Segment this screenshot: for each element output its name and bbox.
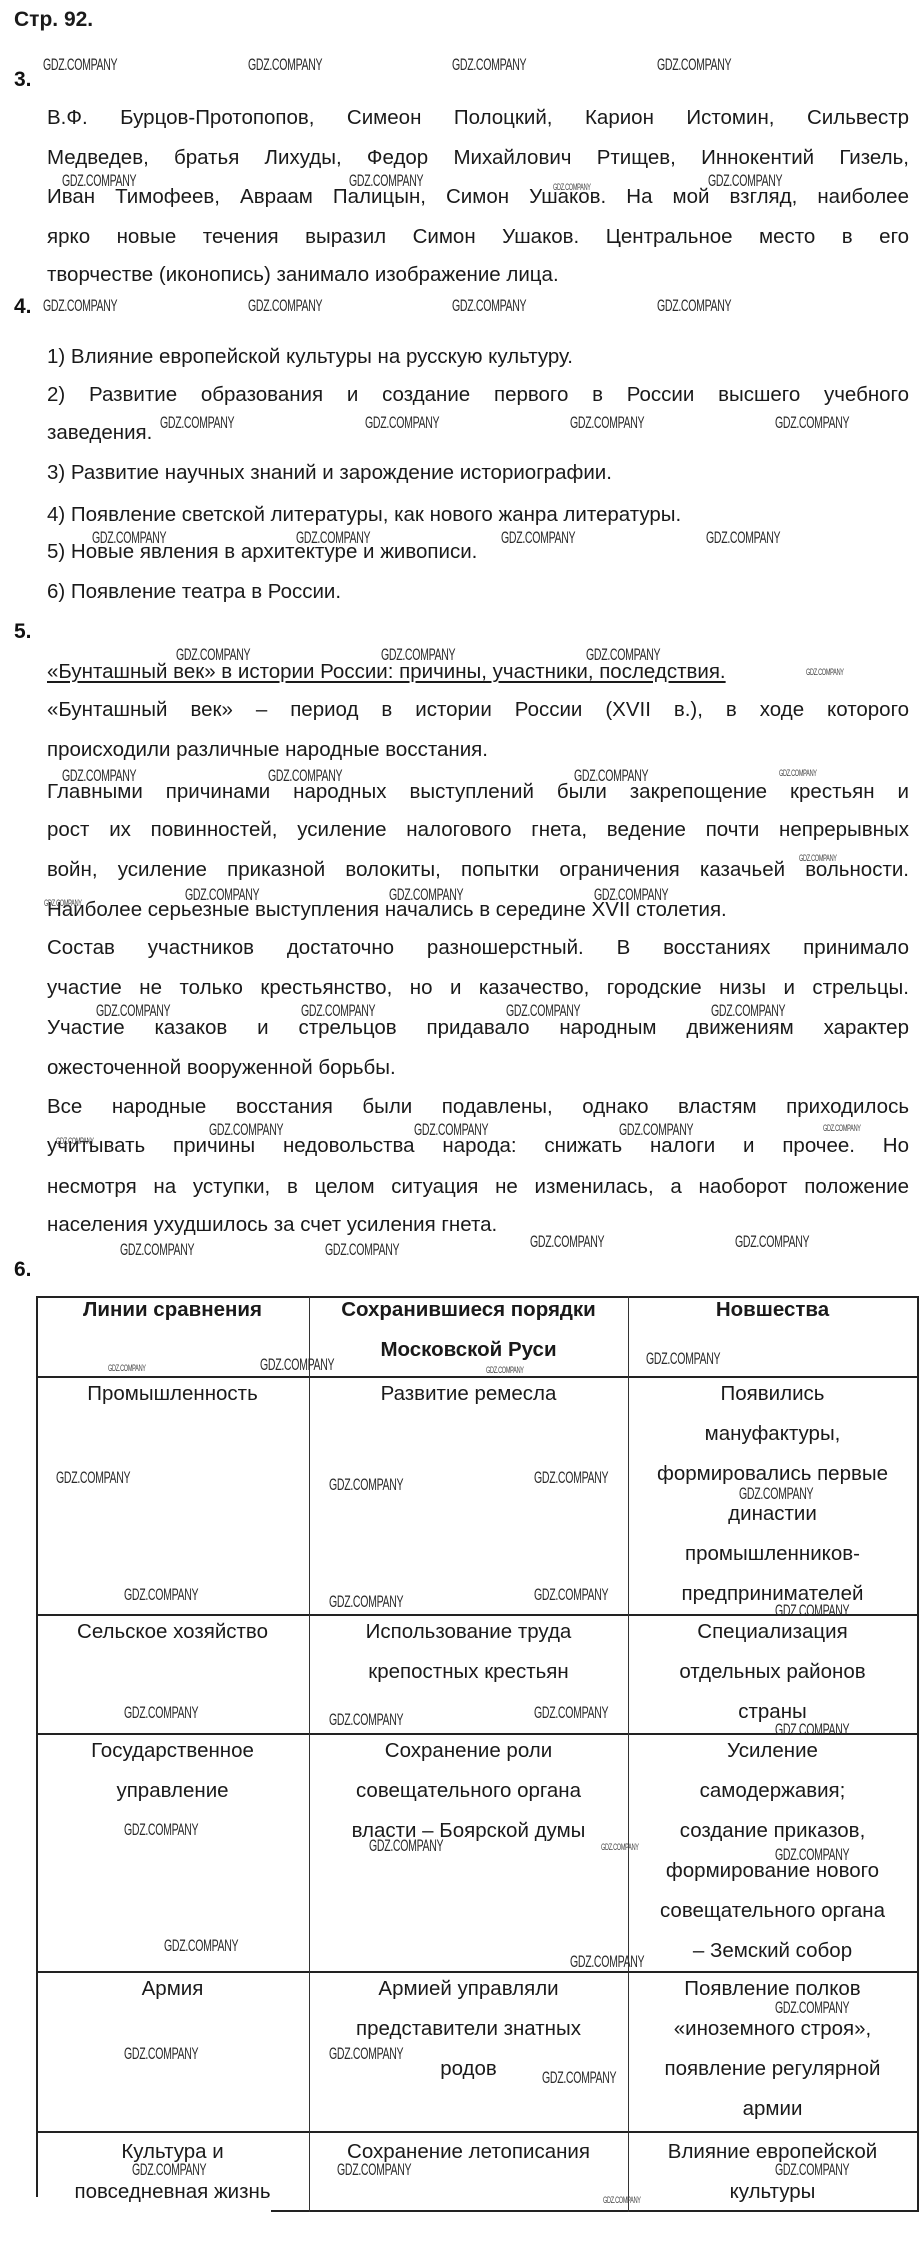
- text-line: населения ухудшилось за счет усиления гн…: [47, 1213, 909, 1237]
- cell-kept: Армией управляли представители знатных р…: [309, 1969, 628, 2089]
- list-item: 2) Развитие образования и создание перво…: [47, 383, 909, 407]
- cell-new: Усиление самодержавия; создание приказов…: [628, 1731, 917, 1971]
- cell-kept: Сохранение летописания: [309, 2132, 628, 2172]
- cell-kept: Использование труда крепостных крестьян: [309, 1612, 628, 1692]
- cell-new: Влияние европейской культуры: [628, 2132, 917, 2212]
- cell-new: Появление полков «иноземного строя», поя…: [628, 1969, 917, 2129]
- list-item: 3) Развитие научных знаний и зарождение …: [47, 461, 909, 485]
- text-line: участие не только крестьянство, но и каз…: [47, 976, 909, 1000]
- section-6-number: 6.: [14, 1258, 32, 1282]
- watermark: GDZ.COMPANY: [43, 296, 117, 316]
- watermark: GDZ.COMPANY: [657, 55, 731, 75]
- list-item-continuation: заведения.: [47, 421, 909, 445]
- cell-kept: Развитие ремесла: [309, 1374, 628, 1414]
- list-item: 5) Новые явления в архитектуре и живопис…: [47, 540, 909, 564]
- list-item: 1) Влияние европейской культуры на русск…: [47, 345, 909, 369]
- watermark: GDZ.COMPANY: [452, 55, 526, 75]
- page-label: Стр. 92.: [14, 8, 93, 32]
- section-5-title: «Бунташный век» в истории России: причин…: [47, 660, 909, 684]
- watermark: GDZ.COMPANY: [452, 296, 526, 316]
- text-line: В.Ф. Бурцов-Протопопов, Симеон Полоцкий,…: [47, 106, 909, 130]
- watermark: GDZ.COMPANY: [248, 55, 322, 75]
- text-line: Наиболее серьезные выступления начались …: [47, 898, 909, 922]
- list-item: 4) Появление светской литературы, как но…: [47, 503, 909, 527]
- comparison-table: Линии сравнения Сохранившиеся порядки Мо…: [36, 1296, 919, 2212]
- text-line: Медведев, братья Лихуды, Федор Михайлови…: [47, 146, 909, 170]
- text-line: Главными причинами народных выступлений …: [47, 780, 909, 804]
- text-line: «Бунташный век» – период в истории Росси…: [47, 698, 909, 722]
- watermark: GDZ.COMPANY: [248, 296, 322, 316]
- text-line: ярко новые течения выразил Симон Ушаков.…: [47, 225, 909, 249]
- column-header-new: Новшества: [628, 1290, 917, 1330]
- cell-line: Государственное управление: [36, 1731, 309, 1811]
- text-line: Иван Тимофеев, Авраам Палицын, Симон Уша…: [47, 185, 909, 209]
- watermark: GDZ.COMPANY: [325, 1240, 399, 1260]
- text-line: войн, усиление приказной волокиты, попыт…: [47, 858, 909, 882]
- text-line: происходили различные народные восстания…: [47, 738, 909, 762]
- text-line: Состав участников достаточно разношерстн…: [47, 936, 909, 960]
- column-header-kept: Сохранившиеся порядки Московской Руси: [309, 1290, 628, 1370]
- cell-line: Сельское хозяйство: [36, 1612, 309, 1652]
- section-5-title-text: «Бунташный век» в истории России: причин…: [47, 660, 726, 683]
- cell-line: Культура и повседневная жизнь: [36, 2132, 309, 2212]
- section-4-number: 4.: [14, 295, 32, 319]
- table-border: [917, 1296, 919, 2212]
- text-line: рост их повинностей, усиление налогового…: [47, 818, 909, 842]
- text-line: учитывать причины недовольства народа: с…: [47, 1134, 909, 1158]
- list-item: 6) Появление театра в России.: [47, 580, 909, 604]
- cell-kept: Сохранение роли совещательного органа вл…: [309, 1731, 628, 1851]
- section-3-number: 3.: [14, 68, 32, 92]
- text-line: ожесточенной вооруженной борьбы.: [47, 1056, 909, 1080]
- watermark: GDZ.COMPANY: [43, 55, 117, 75]
- cell-new: Специализация отдельных районов страны: [628, 1612, 917, 1732]
- cell-new: Появились мануфактуры, формировались пер…: [628, 1374, 917, 1614]
- watermark: GDZ.COMPANY: [120, 1240, 194, 1260]
- text-line: несмотря на уступки, в целом ситуация не…: [47, 1175, 909, 1199]
- column-header-lines: Линии сравнения: [36, 1290, 309, 1330]
- section-5-number: 5.: [14, 620, 32, 644]
- text-line: творчестве (иконопись) занимало изображе…: [47, 263, 909, 287]
- text-line: Все народные восстания были подавлены, о…: [47, 1095, 909, 1119]
- watermark: GDZ.COMPANY: [657, 296, 731, 316]
- cell-line: Армия: [36, 1969, 309, 2009]
- text-line: Участие казаков и стрельцов придавало на…: [47, 1016, 909, 1040]
- cell-line: Промышленность: [36, 1374, 309, 1414]
